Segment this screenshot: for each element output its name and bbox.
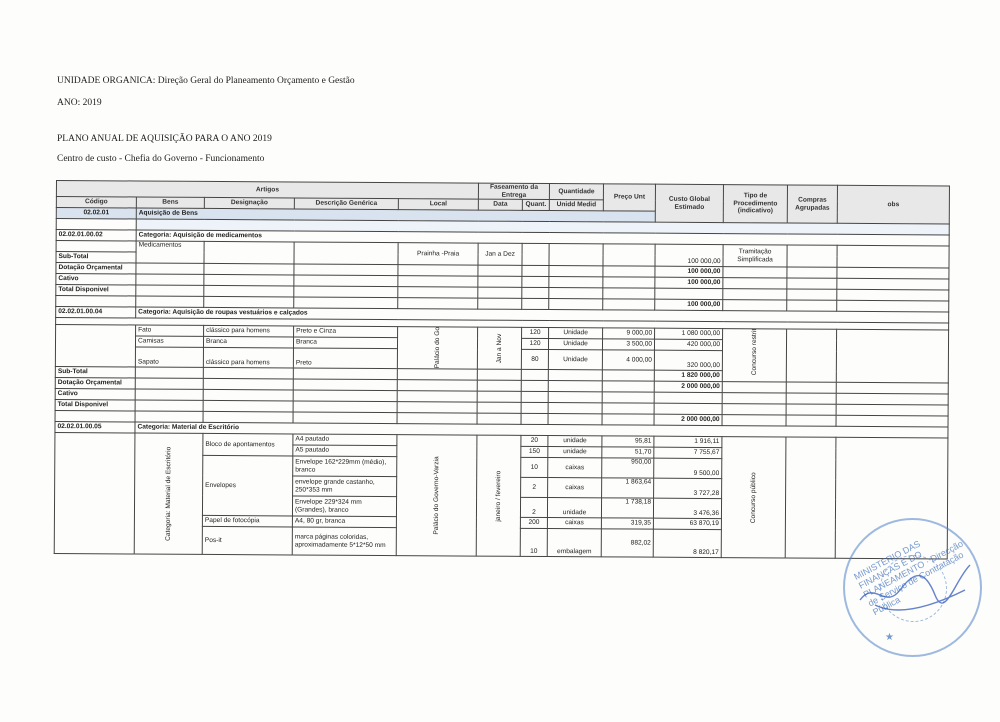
- preco: 1 738,18: [601, 498, 653, 518]
- quant: 200: [520, 517, 547, 528]
- designacao: Bloco de apontamentos: [203, 433, 293, 456]
- col-preco: Preço Unt: [603, 184, 655, 211]
- preco: 4 000,00: [602, 350, 654, 370]
- col-tipo: Tipo de Procedimento (indicativo): [723, 185, 787, 223]
- col-obs: obs: [837, 185, 949, 224]
- subtotal-label: Sub-Total: [56, 252, 136, 263]
- unidade: caixas: [547, 518, 601, 529]
- descricao: marca páginas coloridas, aproximadamente…: [292, 527, 396, 556]
- unidade-organica: UNIDADE ORGANICA: Direção Geral do Plane…: [57, 76, 355, 86]
- preco: 51,70: [602, 447, 654, 458]
- preco: 882,02: [601, 529, 653, 557]
- custo: 1 080 000,00: [655, 328, 723, 339]
- tipo-procedimento: Concurso restrito: [722, 329, 786, 382]
- dotacao-value: 100 000,00: [655, 266, 723, 277]
- dotacao-label: Dotação Orçamental: [55, 377, 135, 388]
- designacao: Envelopes: [202, 455, 292, 516]
- cost-center: Centro de custo - Chefia do Governo - Fu…: [57, 154, 264, 164]
- category-code: 02.02.01.00.05: [55, 421, 135, 432]
- descricao: A5 pautado: [293, 445, 397, 457]
- section-code: 02.02.01: [56, 208, 136, 219]
- dotacao-label: Dotação Orçamental: [56, 263, 136, 274]
- preco: 1 863,64: [602, 478, 654, 498]
- designacao: Pos-it: [202, 526, 292, 555]
- custo: 320 000,00: [654, 350, 722, 370]
- col-local: Local: [398, 199, 478, 210]
- tipo-procedimento: Concurso público: [721, 437, 786, 558]
- col-custo: Custo Global Estimado: [655, 184, 723, 222]
- custo: 3 476,36: [653, 498, 721, 518]
- quant: 120: [522, 327, 549, 338]
- quant: 120: [522, 338, 549, 349]
- quant: 150: [521, 446, 548, 457]
- cativo-label: Cativo: [55, 388, 135, 399]
- unidade: Unidade: [549, 339, 603, 350]
- disponivel-value: 2 000 000,00: [654, 414, 722, 425]
- col-compras: Compras Agrupadas: [787, 185, 837, 223]
- ano: ANO: 2019: [57, 98, 102, 108]
- subtotal-label: Sub-Total: [55, 366, 135, 377]
- custo: 9 500,00: [654, 458, 722, 478]
- designacao: Papel de fotocópia: [202, 515, 292, 527]
- quant: 80: [521, 349, 548, 369]
- col-quant: Quant.: [522, 199, 549, 210]
- disponivel-label: Total Disponivel: [55, 399, 135, 410]
- subtotal-value: 1 820 000,00: [654, 370, 722, 381]
- bens: Medicamentos: [136, 241, 204, 263]
- preco: 950,00: [602, 458, 654, 478]
- category-code: 02.02.01.00.04: [56, 307, 136, 318]
- col-faseamento: Faseamento da Entrega: [478, 183, 549, 199]
- custo: 7 755,67: [654, 447, 722, 458]
- disponivel-label: Total Disponivel: [56, 285, 136, 296]
- custo: 3 727,28: [654, 478, 722, 498]
- designacao: clássico para homens: [203, 347, 293, 368]
- quant: 10: [520, 528, 547, 556]
- disponivel-value: 100 000,00: [655, 299, 723, 310]
- tipo-procedimento: Tramitação Simplificada: [723, 245, 787, 267]
- descricao: Preto e Cinza: [294, 326, 398, 338]
- quant: 20: [521, 435, 548, 446]
- cativo-label: Cativo: [56, 274, 136, 285]
- descricao: envelope grande castanho, 250*353 mm: [293, 476, 397, 497]
- col-unidd: Unidd Medid: [549, 200, 603, 211]
- data: janeiro / fevereiro: [476, 435, 521, 556]
- data: Jan a Nov: [477, 327, 521, 369]
- local: Palácio do Governo-Varzia: [396, 435, 477, 556]
- signature-icon: [855, 560, 975, 620]
- bens: Categoria: Material de Escritório: [134, 433, 203, 554]
- data: Jan a Dez: [478, 243, 522, 265]
- unidade: Unidade: [549, 328, 603, 339]
- preco: 319,35: [601, 518, 653, 529]
- unidade: embalagem: [547, 529, 601, 557]
- plan-title: PLANO ANUAL DE AQUISIÇÃO PARA O ANO 2019: [57, 134, 272, 144]
- custo: 63 870,19: [653, 518, 721, 529]
- col-designacao: Designação: [204, 197, 294, 209]
- designacao: clássico para homens: [204, 325, 294, 337]
- col-data: Data: [478, 199, 522, 210]
- descricao: Branca: [293, 337, 397, 349]
- quant: 2: [521, 477, 548, 497]
- descricao: A4, 80 gr, branca: [292, 516, 396, 528]
- custo: 8 820,17: [653, 529, 721, 557]
- preco: 3 500,00: [603, 339, 655, 350]
- acquisition-table: Artigos Faseamento da Entrega Quantidade…: [54, 180, 949, 559]
- preco: 9 000,00: [603, 328, 655, 339]
- col-descricao: Descrição Genérica: [294, 198, 398, 210]
- unidade: Unidade: [548, 350, 602, 370]
- cativo-value: 100 000,00: [655, 277, 723, 288]
- col-quantidade: Quantidade: [549, 184, 603, 200]
- custo: 100 000,00: [655, 244, 723, 266]
- bens: Sapato: [135, 347, 203, 367]
- star-icon: ★: [885, 632, 894, 643]
- descricao: Envelope 162*229mm (médio), branco: [293, 456, 397, 477]
- designacao: Branca: [203, 336, 293, 348]
- unidade: caixas: [548, 458, 602, 478]
- bens: Camisas: [135, 336, 203, 347]
- custo: 1 916,11: [654, 436, 722, 447]
- unidade: unidade: [548, 436, 602, 447]
- quant: 2: [520, 497, 547, 517]
- descricao: Envelope 229*324 mm (Grandes), branco: [292, 496, 396, 517]
- descricao: A4 pautado: [293, 434, 397, 446]
- local: Prainha -Praia: [398, 243, 478, 265]
- col-bens: Bens: [136, 197, 204, 208]
- dotacao-value: 2 000 000,00: [654, 381, 722, 392]
- col-codigo: Código: [56, 197, 136, 208]
- bens: Fato: [136, 325, 204, 336]
- preco: 95,81: [602, 436, 654, 447]
- unidade: unidade: [547, 498, 601, 518]
- unidade: caixas: [548, 478, 602, 498]
- category-code: 02.02.01.00.02: [56, 230, 136, 241]
- unidade: unidade: [548, 447, 602, 458]
- local: Palácio do Governo-Varzia: [397, 327, 477, 369]
- custo: 420 000,00: [655, 339, 723, 350]
- descricao: Preto: [293, 348, 397, 369]
- quant: 10: [521, 457, 548, 477]
